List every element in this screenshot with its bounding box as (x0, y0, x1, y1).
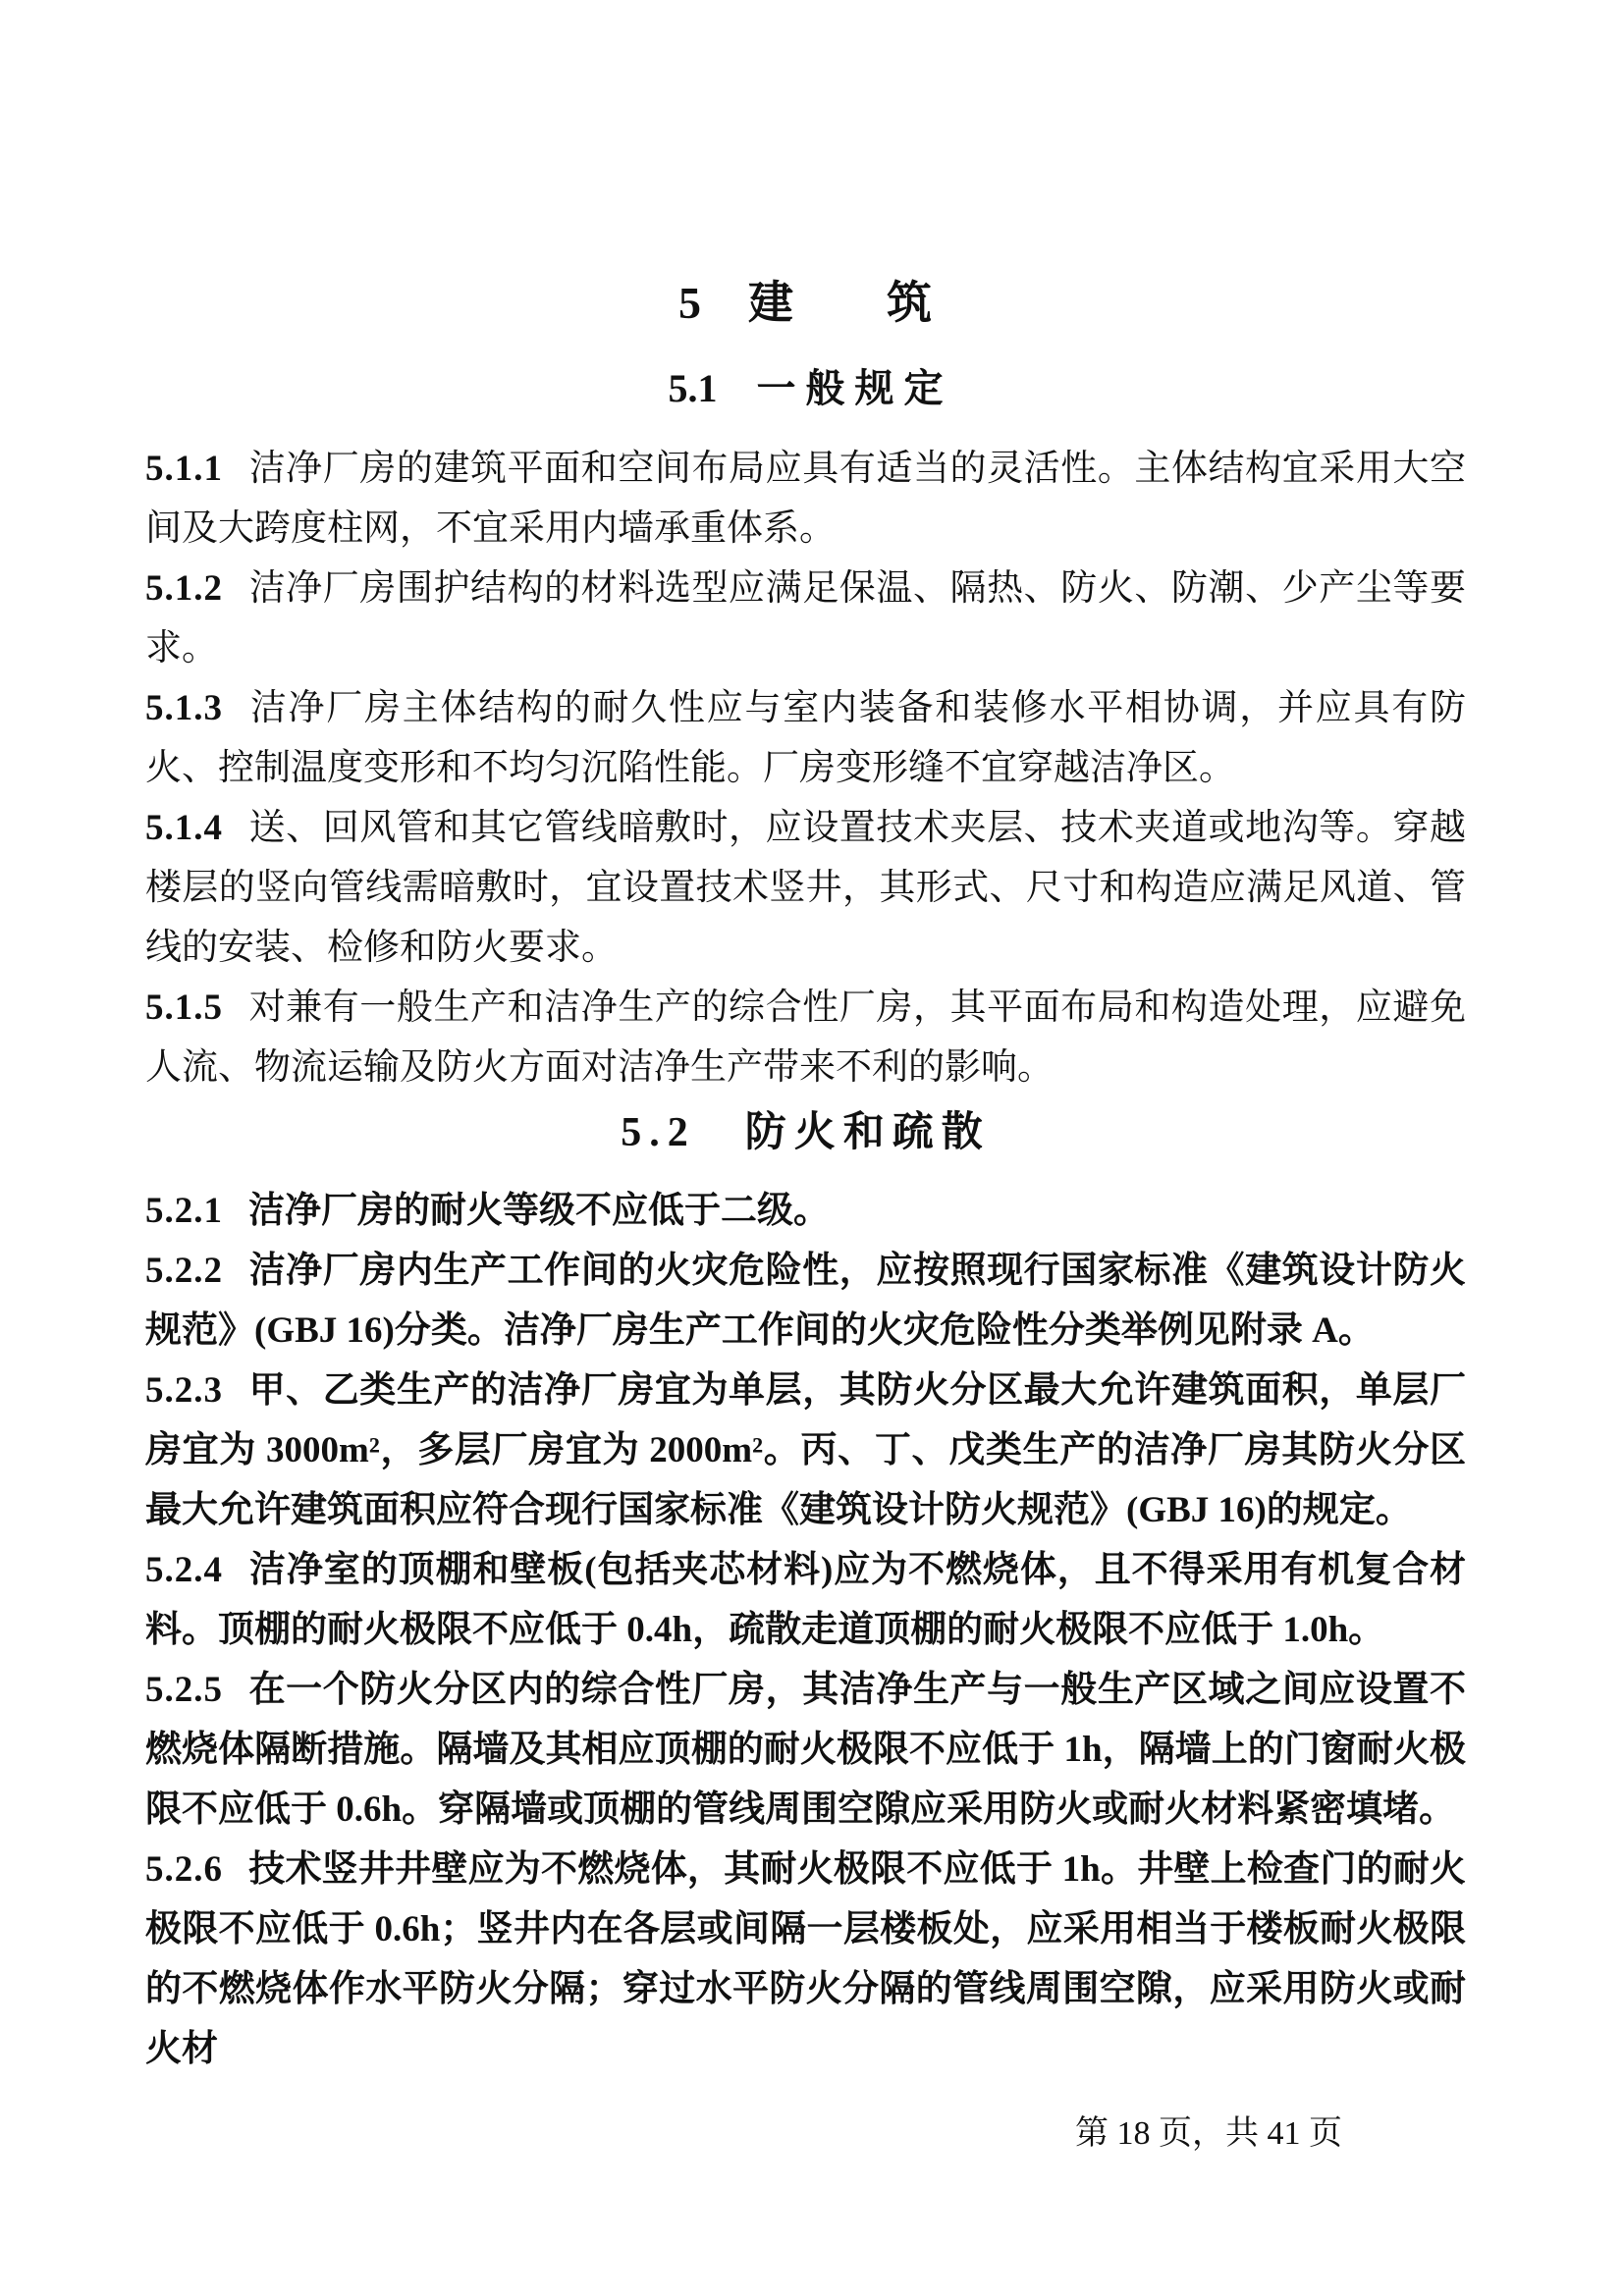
clause-number: 5.2.1 (145, 1191, 223, 1231)
document-page: 5 建 筑 5.1 一 般 规 定 5.1.1洁净厂房的建筑平面和空间布局应具有… (0, 0, 1623, 2296)
clause-number: 5.1.3 (145, 688, 223, 728)
clause-text: 洁净厂房的建筑平面和空间布局应具有适当的灵活性。主体结构宜采用大空间及大跨度柱网… (145, 449, 1466, 549)
clause-number: 5.2.6 (145, 1849, 223, 1890)
clause-text: 洁净厂房的耐火等级不应低于二级。 (248, 1191, 830, 1231)
clause-5-1-3: 5.1.3洁净厂房主体结构的耐久性应与室内装备和装修水平相协调，并应具有防火、控… (145, 678, 1466, 798)
clause-number: 5.2.2 (145, 1251, 223, 1291)
clause-5-2-4: 5.2.4洁净室的顶棚和壁板(包括夹芯材料)应为不燃烧体，且不得采用有机复合材料… (145, 1540, 1466, 1660)
section-heading-5-2: 5.2 防火和疏散 (145, 1109, 1466, 1156)
section-heading-5-1: 5.1 一 般 规 定 (145, 366, 1466, 411)
clause-text: 洁净厂房主体结构的耐久性应与室内装备和装修水平相协调，并应具有防火、控制温度变形… (145, 688, 1466, 788)
clause-number: 5.1.4 (145, 808, 223, 848)
chapter-title: 5 建 筑 (145, 278, 1466, 329)
clause-5-2-3: 5.2.3甲、乙类生产的洁净厂房宜为单层，其防火分区最大允许建筑面积，单层厂房宜… (145, 1361, 1466, 1540)
clause-number: 5.1.2 (145, 568, 223, 609)
clause-5-1-2: 5.1.2洁净厂房围护结构的材料选型应满足保温、隔热、防火、防潮、少产尘等要求。 (145, 559, 1466, 678)
clause-text: 洁净厂房围护结构的材料选型应满足保温、隔热、防火、防潮、少产尘等要求。 (145, 568, 1466, 668)
clause-number: 5.2.4 (145, 1550, 223, 1590)
clause-5-2-6: 5.2.6技术竖井井壁应为不燃烧体，其耐火极限不应低于 1h。井壁上检查门的耐火… (145, 1840, 1466, 2079)
clause-5-1-4: 5.1.4送、回风管和其它管线暗敷时，应设置技术夹层、技术夹道或地沟等。穿越楼层… (145, 798, 1466, 978)
page-number-indicator: 第 18 页，共 41 页 (1075, 2112, 1342, 2156)
page-content: 5 建 筑 5.1 一 般 规 定 5.1.1洁净厂房的建筑平面和空间布局应具有… (145, 0, 1466, 2079)
clause-text: 洁净室的顶棚和壁板(包括夹芯材料)应为不燃烧体，且不得采用有机复合材料。顶棚的耐… (145, 1550, 1466, 1650)
clause-5-2-2: 5.2.2洁净厂房内生产工作间的火灾危险性，应按照现行国家标准《建筑设计防火规范… (145, 1241, 1466, 1361)
clause-text: 在一个防火分区内的综合性厂房，其洁净生产与一般生产区域之间应设置不燃烧体隔断措施… (145, 1670, 1466, 1830)
clause-text: 对兼有一般生产和洁净生产的综合性厂房，其平面布局和构造处理，应避免人流、物流运输… (145, 988, 1466, 1088)
clause-text: 甲、乙类生产的洁净厂房宜为单层，其防火分区最大允许建筑面积，单层厂房宜为 300… (145, 1370, 1466, 1530)
clause-text: 洁净厂房内生产工作间的火灾危险性，应按照现行国家标准《建筑设计防火规范》(GBJ… (145, 1251, 1466, 1351)
clause-number: 5.1.5 (145, 988, 223, 1028)
clause-5-2-1: 5.2.1洁净厂房的耐火等级不应低于二级。 (145, 1181, 1466, 1241)
clause-number: 5.1.1 (145, 449, 223, 489)
clause-text: 技术竖井井壁应为不燃烧体，其耐火极限不应低于 1h。井壁上检查门的耐火极限不应低… (145, 1849, 1466, 2069)
clause-text: 送、回风管和其它管线暗敷时，应设置技术夹层、技术夹道或地沟等。穿越楼层的竖向管线… (145, 808, 1466, 968)
clause-5-1-1: 5.1.1洁净厂房的建筑平面和空间布局应具有适当的灵活性。主体结构宜采用大空间及… (145, 439, 1466, 559)
clause-5-2-5: 5.2.5在一个防火分区内的综合性厂房，其洁净生产与一般生产区域之间应设置不燃烧… (145, 1660, 1466, 1840)
clause-5-1-5: 5.1.5对兼有一般生产和洁净生产的综合性厂房，其平面布局和构造处理，应避免人流… (145, 978, 1466, 1097)
clause-number: 5.2.3 (145, 1370, 223, 1411)
clause-number: 5.2.5 (145, 1670, 223, 1710)
